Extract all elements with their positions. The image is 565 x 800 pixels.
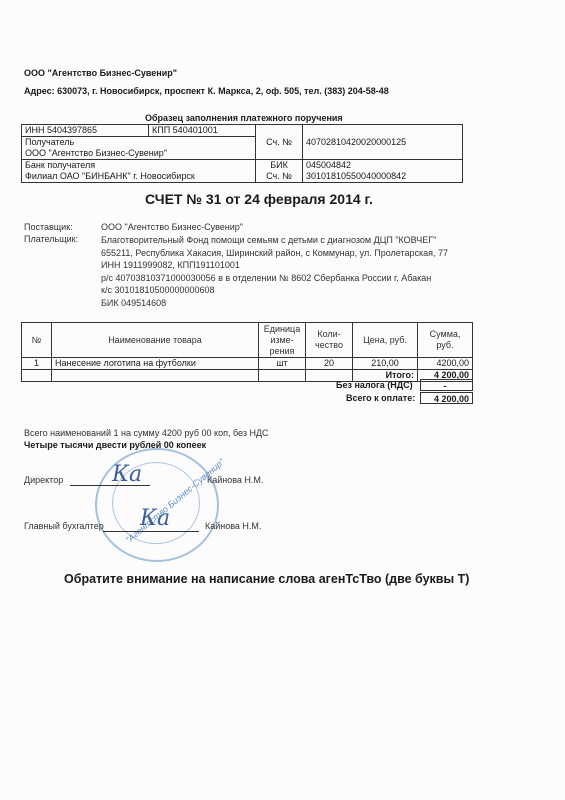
amount-in-words: Четыре тысячи двести рублей 00 копеек [24,440,206,450]
col-unit: Единица изме-рения [259,323,306,358]
account-number: 40702810420020000125 [303,125,463,160]
row-name: Нанесение логотипа на футболки [52,358,259,370]
vat-value: - [420,379,473,391]
recipient-label: Получатель [25,137,252,148]
payer-label: Плательщик: [24,234,78,244]
payer-line: к/с 30101810500000000608 [101,284,448,297]
accountant-name: Кайнова Н.М. [205,521,261,531]
director-signature: Ка [112,462,142,487]
bik-label: БИК [259,160,299,171]
invoice-title: СЧЕТ № 31 от 24 февраля 2014 г. [145,191,373,207]
bik-corr-labels: БИК Сч. № [256,160,303,183]
accountant-label: Главный бухгалтер [24,521,104,531]
supplier-name: ООО "Агентство Бизнес-Сувенир" [101,222,243,232]
summary-line: Всего наименований 1 на сумму 4200 руб 0… [24,428,269,438]
bank-label: Банк получателя [25,160,252,171]
company-name: ООО "Агентство Бизнес-Сувенир" [24,68,177,78]
table-row: 1 Нанесение логотипа на футболки шт 20 2… [22,358,473,370]
corr-account: 30101810550040000842 [306,171,459,182]
spelling-notice: Обратите внимание на написание слова аге… [64,572,469,586]
row-qty: 20 [306,358,353,370]
payer-line: 655211, Республика Хакасия, Ширинский ра… [101,247,448,260]
payer-line: р/с 40703810371000030056 в в отделении №… [101,272,448,285]
account-label: Сч. № [256,125,303,160]
sample-title: Образец заполнения платежного поручения [145,113,343,123]
due-label: Всего к оплате: [346,393,415,403]
recipient: Получатель ООО "Агентство Бизнес-Сувенир… [22,137,256,160]
director-label: Директор [24,475,63,485]
recipient-name: ООО "Агентство Бизнес-Сувенир" [25,148,252,159]
col-number: № [22,323,52,358]
kpp: КПП 540401001 [149,125,256,137]
accountant-signature-line [103,531,199,532]
bank-details-table: ИНН 5404397865 КПП 540401001 Сч. № 40702… [21,124,463,183]
accountant-signature: Ка [140,506,170,531]
vat-label: Без налога (НДС) [336,380,413,390]
recipient-bank: Банк получателя Филиал ОАО "БИНБАНК" г. … [22,160,256,183]
supplier-label: Поставщик: [24,222,73,232]
row-sum: 4200,00 [418,358,473,370]
bank-name: Филиал ОАО "БИНБАНК" г. Новосибирск [25,171,252,182]
inn: ИНН 5404397865 [22,125,149,137]
row-price: 210,00 [353,358,418,370]
due-value: 4 200,00 [420,392,473,404]
bik: 045004842 [306,160,459,171]
invoice-items-table: № Наименование товара Единица изме-рения… [21,322,473,382]
payer-line: БИК 049514608 [101,297,448,310]
col-sum: Сумма, руб. [418,323,473,358]
col-qty: Коли-чество [306,323,353,358]
col-name: Наименование товара [52,323,259,358]
director-name: Кайнова Н.М. [207,475,263,485]
row-number: 1 [22,358,52,370]
payer-line: ИНН 1911999082, КПП191101001 [101,259,448,272]
company-address: Адрес: 630073, г. Новосибирск, проспект … [24,86,389,96]
payer-details: Благотворительный Фонд помощи семьям с д… [101,234,448,309]
corr-label: Сч. № [259,171,299,182]
payer-line: Благотворительный Фонд помощи семьям с д… [101,234,448,247]
col-price: Цена, руб. [353,323,418,358]
bik-corr-values: 045004842 30101810550040000842 [303,160,463,183]
row-unit: шт [259,358,306,370]
